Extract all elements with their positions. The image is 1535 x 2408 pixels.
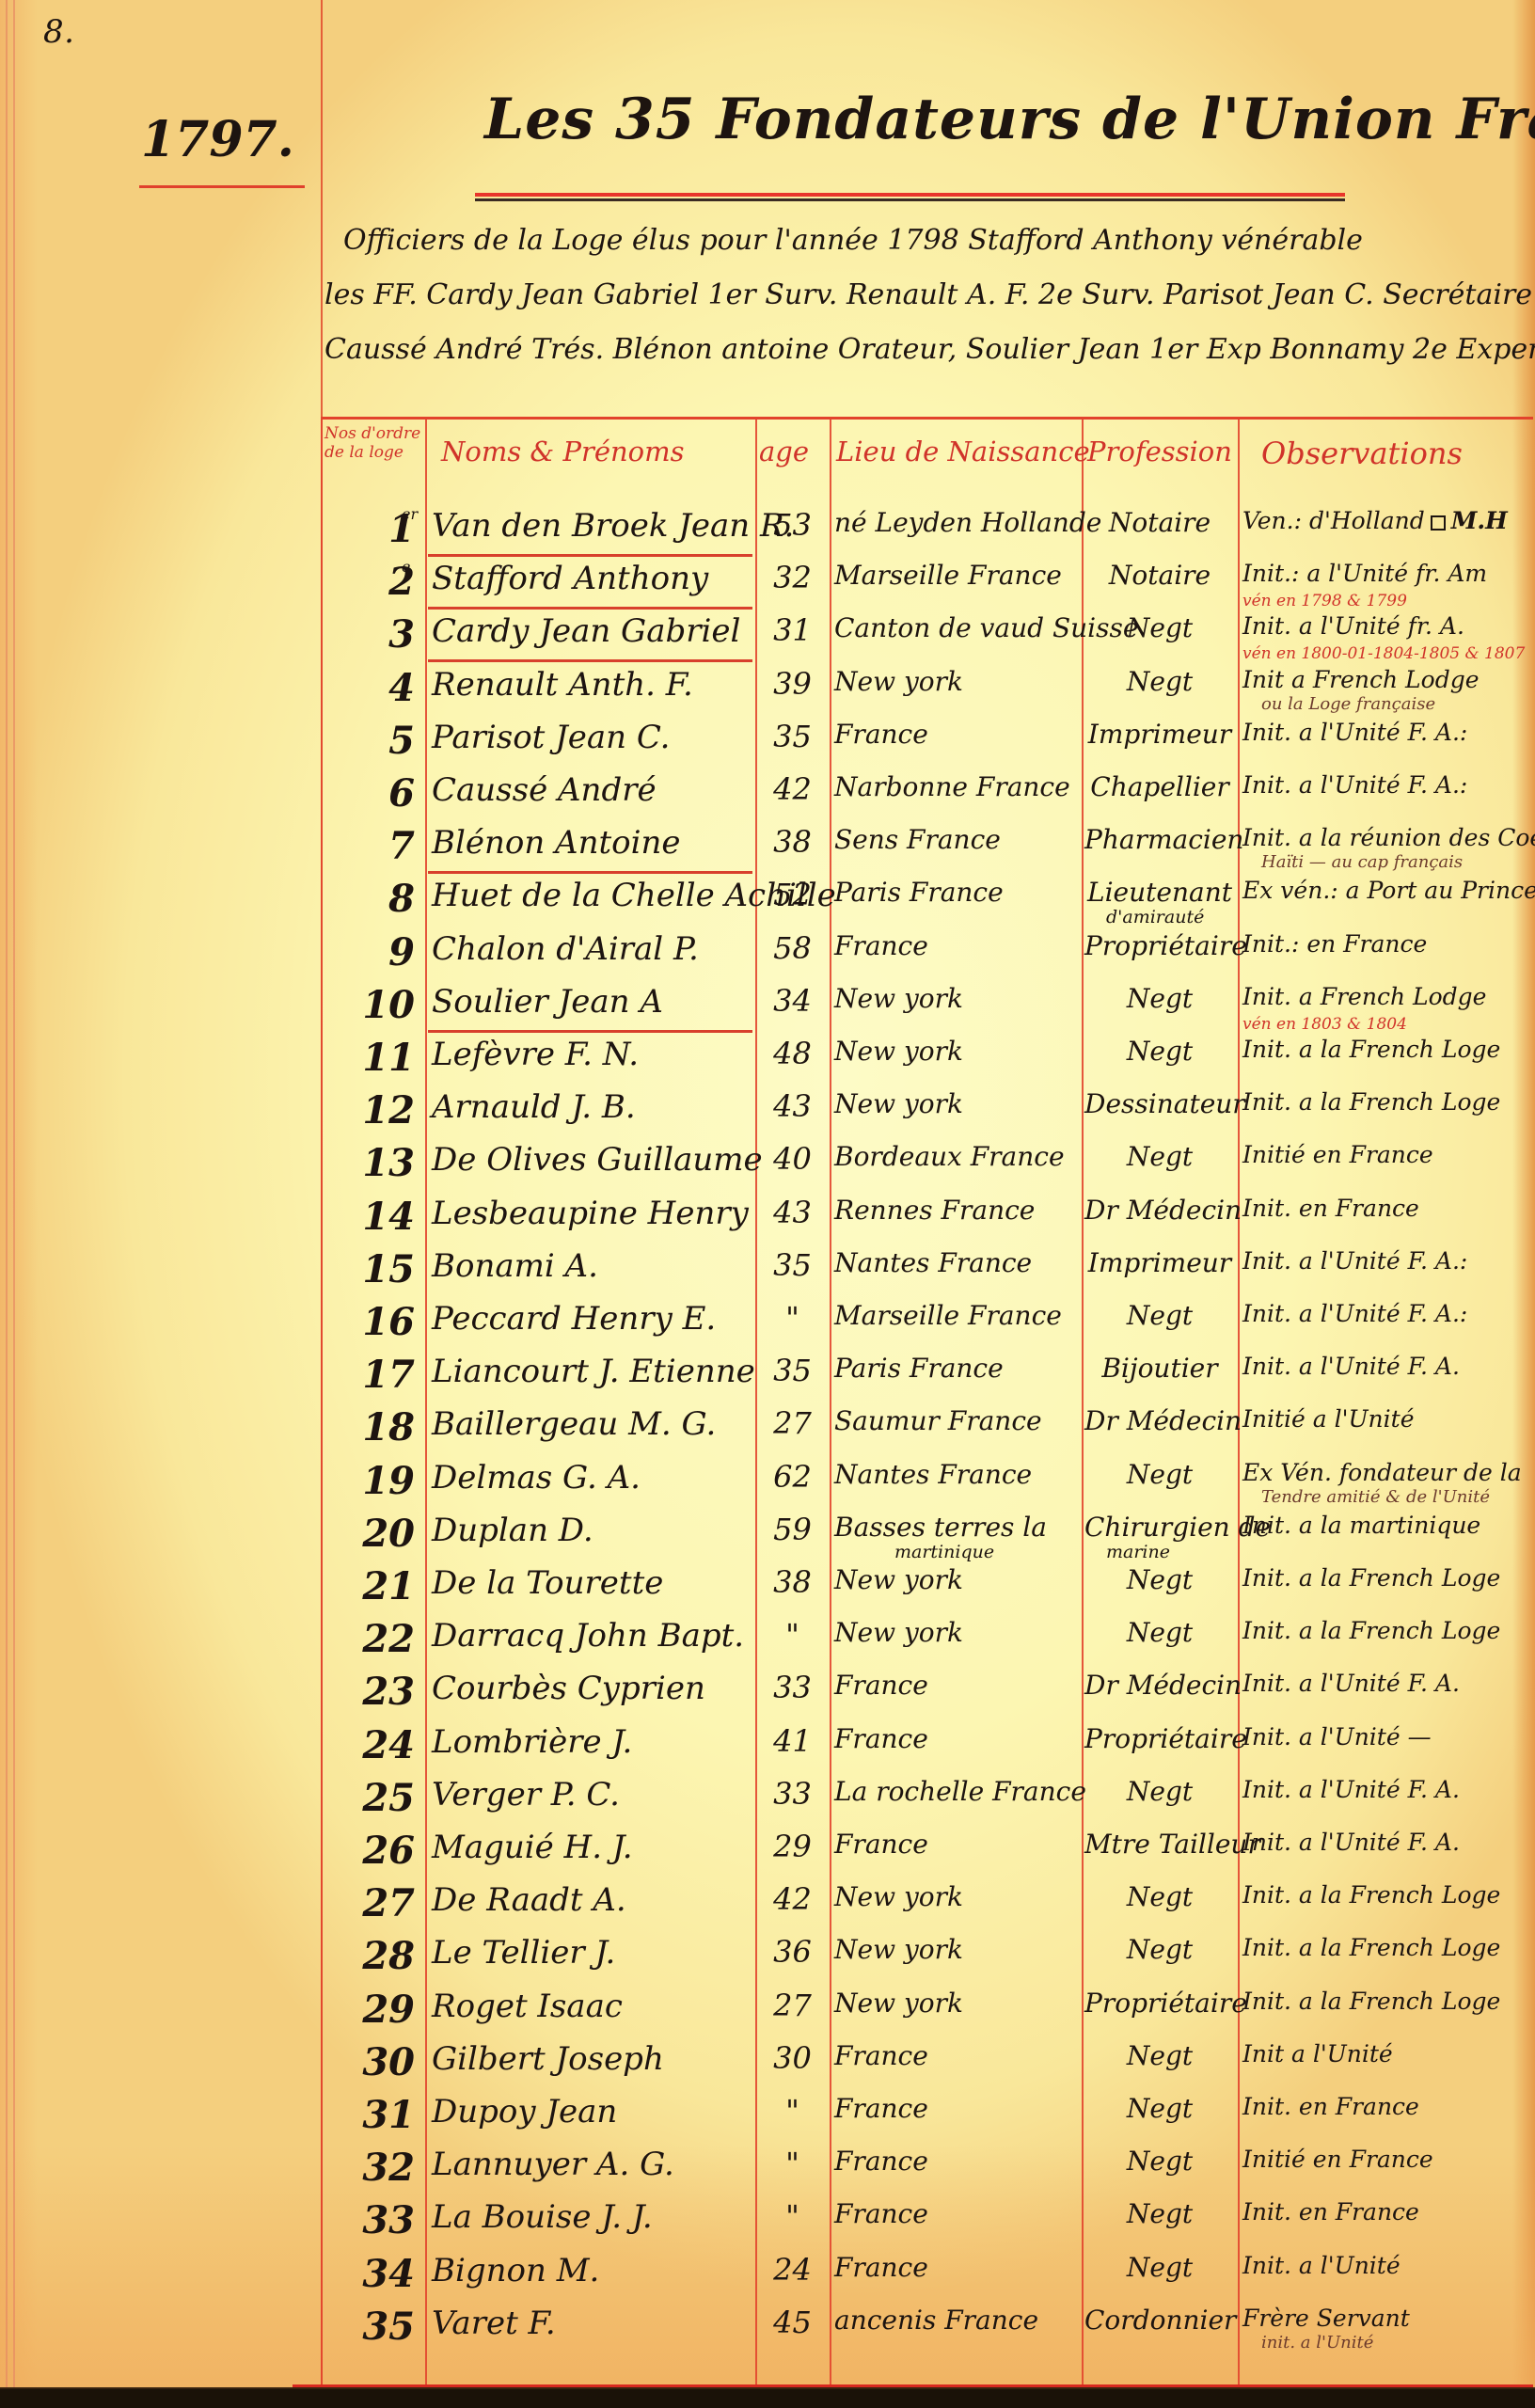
lodge-square-icon bbox=[1431, 515, 1446, 531]
row-number: 6 bbox=[321, 771, 422, 816]
row-number: 30 bbox=[321, 2040, 422, 2084]
member-name: Arnauld J. B. bbox=[432, 1088, 636, 1126]
header-lieu: Lieu de Naissance bbox=[836, 436, 1090, 467]
table-row: 33La Bouise J. J."FranceNegtInit. en Fra… bbox=[321, 2194, 1533, 2247]
table-row: 2eStafford Anthony32Marseille FranceNota… bbox=[321, 556, 1533, 609]
row-number: 20 bbox=[321, 1512, 422, 1556]
member-age: 53 bbox=[757, 507, 828, 543]
table-row: 1erVan den Broek Jean R.53né Leyden Holl… bbox=[321, 503, 1533, 556]
table-row: 28Le Tellier J.36New yorkNegtInit. a la … bbox=[321, 1930, 1533, 1983]
birthplace: Basses terres la bbox=[834, 1512, 1047, 1543]
birthplace: Nantes France bbox=[834, 1247, 1032, 1278]
birthplace: France bbox=[834, 1670, 928, 1701]
profession: Imprimeur bbox=[1084, 1247, 1235, 1278]
member-age: 36 bbox=[757, 1934, 828, 1970]
member-age: 43 bbox=[757, 1195, 828, 1230]
table-row: 35Varet F.45ancenis FranceCordonnierFrèr… bbox=[321, 2301, 1533, 2353]
member-age: 38 bbox=[757, 1564, 828, 1600]
table-row: 26Maguié H. J.29FranceMtre TailleurInit.… bbox=[321, 1825, 1533, 1877]
observation-text: Init. a l'Unité bbox=[1242, 2252, 1400, 2279]
birthplace: New york bbox=[834, 1036, 963, 1067]
birthplace: New york bbox=[834, 1881, 963, 1912]
member-name: Darracq John Bapt. bbox=[432, 1617, 744, 1655]
row-number: 12 bbox=[321, 1088, 422, 1133]
member-name: Chalon d'Airal P. bbox=[432, 930, 699, 968]
table-row: 24Lombrière J.41FrancePropriétaireInit. … bbox=[321, 1719, 1533, 1772]
observations: Initié en France bbox=[1242, 1141, 1433, 1168]
member-name: Duplan D. bbox=[432, 1512, 593, 1549]
birthplace: Rennes France bbox=[834, 1195, 1035, 1226]
member-age: 27 bbox=[757, 1405, 828, 1441]
observations: Init.: en France bbox=[1242, 930, 1427, 958]
member-name: Dupoy Jean bbox=[432, 2093, 617, 2131]
year-heading: 1797. bbox=[141, 111, 294, 168]
profession: Negt bbox=[1084, 1934, 1235, 1965]
observation-text: Ex Vén. fondateur de la bbox=[1242, 1459, 1522, 1486]
observation-sub: ou la Loge française bbox=[1261, 694, 1435, 714]
observations: Init. a l'Unité F. A.: bbox=[1242, 1247, 1467, 1275]
observations: Init. a l'Unité F. A. bbox=[1242, 1353, 1460, 1380]
member-age: 32 bbox=[757, 560, 828, 595]
member-age: 27 bbox=[757, 1988, 828, 2023]
table-row: 10Soulier Jean A34New yorkNegtInit. a Fr… bbox=[321, 979, 1533, 1032]
member-age: 52 bbox=[757, 877, 828, 912]
observation-text: Initié a l'Unité bbox=[1242, 1405, 1414, 1433]
observation-text: Init. a l'Unité F. A. bbox=[1242, 1670, 1460, 1697]
member-name: Caussé André bbox=[432, 771, 657, 809]
observations: Init. a la French Loge bbox=[1242, 1617, 1500, 1644]
member-name: Baillergeau M. G. bbox=[432, 1405, 716, 1443]
member-age: 39 bbox=[757, 666, 828, 702]
profession: Negt bbox=[1084, 1141, 1235, 1172]
header-observations: Observations bbox=[1261, 436, 1463, 471]
birthplace: Paris France bbox=[834, 877, 1004, 908]
observation-text: Init. a l'Unité F. A.: bbox=[1242, 1247, 1467, 1275]
observations: Ex vén.: a Port au Prince bbox=[1242, 877, 1535, 904]
table-row: 17Liancourt J. Etienne35Paris FranceBijo… bbox=[321, 1349, 1533, 1402]
table-row: 9Chalon d'Airal P.58FrancePropriétaireIn… bbox=[321, 927, 1533, 979]
birthplace: France bbox=[834, 2040, 928, 2071]
officers-line: Caussé André Trés. Blénon antoine Orateu… bbox=[324, 333, 1535, 366]
observations: Init. a la French Loge bbox=[1242, 1934, 1500, 1961]
member-name: Stafford Anthony bbox=[432, 560, 708, 597]
page-bottom-shadow bbox=[0, 2387, 1535, 2389]
observation-text: Initié en France bbox=[1242, 1141, 1433, 1168]
observation-sub: Tendre amitié & de l'Unité bbox=[1261, 1487, 1490, 1507]
profession: Negt bbox=[1084, 666, 1235, 697]
table-row: 31Dupoy Jean"FranceNegtInit. en France bbox=[321, 2089, 1533, 2142]
observations: Init a l'Unité bbox=[1242, 2040, 1393, 2067]
observation-text: Init a French Lodge bbox=[1242, 666, 1480, 693]
profession: Negt bbox=[1084, 983, 1235, 1014]
birthplace: France bbox=[834, 719, 928, 750]
member-age: 41 bbox=[757, 1723, 828, 1759]
row-number: 19 bbox=[321, 1459, 422, 1503]
member-age: 30 bbox=[757, 2040, 828, 2076]
observations: Init. a la French Loge bbox=[1242, 1881, 1500, 1909]
observations: Init.: a l'Unité fr. Am bbox=[1242, 560, 1487, 587]
birthplace: Nantes France bbox=[834, 1459, 1032, 1490]
member-name: Bignon M. bbox=[432, 2252, 599, 2289]
birthplace: Marseille France bbox=[834, 560, 1062, 591]
member-age: 59 bbox=[757, 1512, 828, 1547]
member-name: Bonami A. bbox=[432, 1247, 598, 1285]
member-age: 42 bbox=[757, 771, 828, 807]
officers-line: Officiers de la Loge élus pour l'année 1… bbox=[343, 224, 1363, 257]
binding-line bbox=[6, 0, 8, 2389]
observations: Init. a l'Unité bbox=[1242, 2252, 1400, 2279]
row-number: 8 bbox=[321, 877, 422, 921]
table-row: 15Bonami A.35Nantes FranceImprimeurInit.… bbox=[321, 1244, 1533, 1296]
table-row: 25Verger P. C.33La rochelle FranceNegtIn… bbox=[321, 1772, 1533, 1825]
profession: Negt bbox=[1084, 2252, 1235, 2283]
birthplace: Narbonne France bbox=[834, 771, 1070, 802]
table-top-rule bbox=[321, 417, 1533, 420]
row-number: 4 bbox=[321, 666, 422, 710]
birthplace: La rochelle France bbox=[834, 1776, 1086, 1807]
observation-text: Init. a la French Loge bbox=[1242, 1988, 1500, 2015]
observations: Init. a l'Unité F. A. bbox=[1242, 1670, 1460, 1697]
row-number: 23 bbox=[321, 1670, 422, 1714]
observation-text: Init. a l'Unité — bbox=[1242, 1723, 1432, 1751]
observations: Init. a l'Unité F. A. bbox=[1242, 1776, 1460, 1803]
profession: Propriétaire bbox=[1084, 1988, 1235, 2019]
profession: Bijoutier bbox=[1084, 1353, 1235, 1384]
row-number: 14 bbox=[321, 1195, 422, 1239]
observation-text: Init. a l'Unité F. A.: bbox=[1242, 1300, 1467, 1327]
observations: Init. a la French Loge bbox=[1242, 1036, 1500, 1063]
observation-text: Init. a la French Loge bbox=[1242, 1881, 1500, 1909]
observations: Init. a l'Unité fr. A. bbox=[1242, 612, 1464, 640]
table-row: 32Lannuyer A. G."FranceNegtInitié en Fra… bbox=[321, 2142, 1533, 2194]
birthplace: New york bbox=[834, 983, 963, 1014]
profession: Notaire bbox=[1084, 507, 1235, 538]
observations: Init. a l'Unité F. A.: bbox=[1242, 1300, 1467, 1327]
profession: Chapellier bbox=[1084, 771, 1235, 802]
observation-text: Init. a l'Unité F. A. bbox=[1242, 1829, 1460, 1856]
member-name: Lannuyer A. G. bbox=[432, 2146, 674, 2183]
birthplace: Saumur France bbox=[834, 1405, 1042, 1436]
observations: Init. a la réunion des Coeurs bbox=[1242, 824, 1535, 851]
profession: Negt bbox=[1084, 1881, 1235, 1912]
venerable-years-note: vén en 1800-01-1804-1805 & 1807 bbox=[1242, 644, 1525, 663]
table-row: 3Cardy Jean Gabriel31Canton de vaud Suis… bbox=[321, 609, 1533, 661]
observation-text: Init. en France bbox=[1242, 2198, 1419, 2226]
member-age: 31 bbox=[757, 612, 828, 648]
birthplace: France bbox=[834, 2146, 928, 2177]
observation-text: Init. a la French Loge bbox=[1242, 1617, 1500, 1644]
observation-text: Init. a la French Loge bbox=[1242, 1088, 1500, 1116]
observation-text: Init.: a l'Unité fr. Am bbox=[1242, 560, 1487, 587]
member-age: 33 bbox=[757, 1776, 828, 1812]
binding-line bbox=[13, 0, 15, 2389]
member-name: De Olives Guillaume bbox=[432, 1141, 763, 1179]
birthplace: ancenis France bbox=[834, 2305, 1038, 2336]
observation-text: Init. a l'Unité fr. A. bbox=[1242, 612, 1464, 640]
row-number: 22 bbox=[321, 1617, 422, 1661]
row-number: 28 bbox=[321, 1934, 422, 1978]
row-number: 5 bbox=[321, 719, 422, 763]
observations: Init. a l'Unité F. A.: bbox=[1242, 771, 1467, 799]
member-name: Cardy Jean Gabriel bbox=[432, 612, 740, 650]
table-row: 34Bignon M.24FranceNegtInit. a l'Unité bbox=[321, 2248, 1533, 2301]
observation-text: Init. a la réunion des Coeurs bbox=[1242, 824, 1535, 851]
member-age: " bbox=[757, 1617, 828, 1653]
member-age: " bbox=[757, 2093, 828, 2129]
member-name: Verger P. C. bbox=[432, 1776, 620, 1814]
observation-sub: Haïti — au cap français bbox=[1261, 852, 1463, 872]
row-number-suffix: er bbox=[402, 505, 418, 523]
member-name: Le Tellier J. bbox=[432, 1934, 615, 1972]
member-name: Parisot Jean C. bbox=[432, 719, 670, 756]
table-row: 18Baillergeau M. G.27Saumur FranceDr Méd… bbox=[321, 1402, 1533, 1454]
profession: Negt bbox=[1084, 2040, 1235, 2071]
title-rule bbox=[475, 193, 1345, 197]
member-name: Lefèvre F. N. bbox=[432, 1036, 639, 1073]
member-name: De Raadt A. bbox=[432, 1881, 626, 1919]
page-title: Les 35 Fondateurs de l'Union Française bbox=[484, 87, 1359, 152]
member-age: 35 bbox=[757, 719, 828, 754]
row-number-suffix: e bbox=[402, 558, 410, 576]
profession: Negt bbox=[1084, 1459, 1235, 1490]
birthplace: France bbox=[834, 1723, 928, 1754]
observations: Ven.: d'HollandM.H bbox=[1242, 507, 1508, 534]
member-age: " bbox=[757, 2146, 828, 2181]
observations: Initié a l'Unité bbox=[1242, 1405, 1414, 1433]
profession: Negt bbox=[1084, 612, 1235, 643]
observation-text: Init. en France bbox=[1242, 2093, 1419, 2120]
member-name: Gilbert Joseph bbox=[432, 2040, 664, 2078]
birthplace: Paris France bbox=[834, 1353, 1004, 1384]
profession: Negt bbox=[1084, 1776, 1235, 1807]
table-row: 6Caussé André42Narbonne FranceChapellier… bbox=[321, 768, 1533, 820]
member-age: 24 bbox=[757, 2252, 828, 2288]
birthplace: France bbox=[834, 2198, 928, 2229]
profession: Negt bbox=[1084, 1564, 1235, 1595]
profession: Dr Médecin bbox=[1084, 1405, 1235, 1436]
member-name: Lesbeaupine Henry bbox=[432, 1195, 749, 1232]
profession: Cordonnier bbox=[1084, 2305, 1235, 2336]
observation-text: Frère Servant bbox=[1242, 2305, 1410, 2332]
row-number: 21 bbox=[321, 1564, 422, 1608]
observations: Init. a l'Unité — bbox=[1242, 1723, 1432, 1751]
profession: Imprimeur bbox=[1084, 719, 1235, 750]
member-name: Delmas G. A. bbox=[432, 1459, 641, 1497]
profession: Negt bbox=[1084, 1036, 1235, 1067]
member-name: Peccard Henry E. bbox=[432, 1300, 716, 1338]
profession: Pharmacien bbox=[1084, 824, 1235, 855]
birthplace: New york bbox=[834, 1934, 963, 1965]
table-row: 27De Raadt A.42New yorkNegtInit. a la Fr… bbox=[321, 1877, 1533, 1930]
table-row: 23Courbès Cyprien33FranceDr MédecinInit.… bbox=[321, 1666, 1533, 1719]
member-age: " bbox=[757, 1300, 828, 1336]
member-age: 62 bbox=[757, 1459, 828, 1495]
observation-text: Ex vén.: a Port au Prince bbox=[1242, 877, 1535, 904]
observation-text: Init a l'Unité bbox=[1242, 2040, 1393, 2067]
observations: Init. a French Lodge bbox=[1242, 983, 1486, 1010]
member-age: 38 bbox=[757, 824, 828, 860]
observations: Ex Vén. fondateur de la bbox=[1242, 1459, 1522, 1486]
table-row: 5Parisot Jean C.35FranceImprimeurInit. a… bbox=[321, 715, 1533, 768]
observation-text: Init. a la French Loge bbox=[1242, 1036, 1500, 1063]
row-number: 9 bbox=[321, 930, 422, 974]
observations: Init. en France bbox=[1242, 2093, 1419, 2120]
row-number: 27 bbox=[321, 1881, 422, 1925]
row-number: 3 bbox=[321, 612, 422, 657]
observation-text: Init. a la French Loge bbox=[1242, 1934, 1500, 1961]
member-age: 48 bbox=[757, 1036, 828, 1071]
birthplace: France bbox=[834, 930, 928, 961]
table-row: 22Darracq John Bapt."New yorkNegtInit. a… bbox=[321, 1613, 1533, 1666]
table-row: 12Arnauld J. B.43New yorkDessinateurInit… bbox=[321, 1085, 1533, 1137]
table-row: 29Roget Isaac27New yorkPropriétaireInit.… bbox=[321, 1984, 1533, 2036]
observation-text: Init. a l'Unité F. A. bbox=[1242, 1776, 1460, 1803]
row-number: 16 bbox=[321, 1300, 422, 1344]
observations: Init. a l'Unité F. A. bbox=[1242, 1829, 1460, 1856]
birthplace: New york bbox=[834, 1564, 963, 1595]
header-name: Noms & Prénoms bbox=[441, 436, 685, 467]
member-age: 34 bbox=[757, 983, 828, 1019]
row-number: 7 bbox=[321, 824, 422, 868]
row-number: 26 bbox=[321, 1829, 422, 1873]
observation-text: Init. a l'Unité F. A.: bbox=[1242, 771, 1467, 799]
profession: Mtre Tailleur bbox=[1084, 1829, 1235, 1860]
observations: Init. a la martinique bbox=[1242, 1512, 1480, 1539]
member-name: Varet F. bbox=[432, 2305, 556, 2342]
observation-text: Init. a l'Unité F. A.: bbox=[1242, 719, 1467, 746]
member-age: 40 bbox=[757, 1141, 828, 1177]
observation-text: Init. a la French Loge bbox=[1242, 1564, 1500, 1592]
observation-text: Init. en France bbox=[1242, 1195, 1419, 1222]
year-underline bbox=[139, 185, 305, 188]
member-age: " bbox=[757, 2198, 828, 2234]
profession: Dessinateur bbox=[1084, 1088, 1235, 1119]
member-age: 29 bbox=[757, 1829, 828, 1864]
header-age: age bbox=[759, 436, 809, 467]
row-number: 31 bbox=[321, 2093, 422, 2137]
observations: Init. en France bbox=[1242, 1195, 1419, 1222]
observations: Init. a la French Loge bbox=[1242, 1088, 1500, 1116]
row-number: 34 bbox=[321, 2252, 422, 2296]
observation-sub: init. a l'Unité bbox=[1261, 2333, 1373, 2353]
row-number: 15 bbox=[321, 1247, 422, 1291]
member-age: 33 bbox=[757, 1670, 828, 1705]
row-number: 13 bbox=[321, 1141, 422, 1185]
profession: Propriétaire bbox=[1084, 1723, 1235, 1754]
observations: Init a French Lodge bbox=[1242, 666, 1480, 693]
profession: Negt bbox=[1084, 2093, 1235, 2124]
member-name: La Bouise J. J. bbox=[432, 2198, 653, 2236]
member-name: Lombrière J. bbox=[432, 1723, 632, 1761]
header-no: Nos d'ordre de la loge bbox=[324, 424, 424, 462]
member-age: 42 bbox=[757, 1881, 828, 1917]
birthplace: Sens France bbox=[834, 824, 1001, 855]
profession: Negt bbox=[1084, 2146, 1235, 2177]
observations: Init. a l'Unité F. A.: bbox=[1242, 719, 1467, 746]
member-name: Soulier Jean A bbox=[432, 983, 663, 1021]
observation-text: Ven.: d'Holland bbox=[1242, 507, 1425, 534]
member-name: Courbès Cyprien bbox=[432, 1670, 705, 1707]
table-row: 7Blénon Antoine38Sens FrancePharmacienIn… bbox=[321, 820, 1533, 873]
observations: Initié en France bbox=[1242, 2146, 1433, 2173]
venerable-years-note: vén en 1798 & 1799 bbox=[1242, 592, 1407, 610]
profession: Lieutenant bbox=[1084, 877, 1235, 908]
member-name: Maguié H. J. bbox=[432, 1829, 633, 1866]
member-age: 58 bbox=[757, 930, 828, 966]
profession: Negt bbox=[1084, 1300, 1235, 1331]
page-number: 8. bbox=[43, 13, 74, 51]
profession-sub: marine bbox=[1106, 1542, 1170, 1562]
member-name: Blénon Antoine bbox=[432, 824, 681, 862]
member-name: De la Tourette bbox=[432, 1564, 663, 1602]
mark-text: M.H bbox=[1451, 507, 1508, 534]
officers-line: les FF. Cardy Jean Gabriel 1er Surv. Ren… bbox=[324, 278, 1532, 311]
birthplace-sub: martinique bbox=[894, 1542, 994, 1562]
title-rule bbox=[475, 198, 1345, 201]
observation-text: Init.: en France bbox=[1242, 930, 1427, 958]
table-row: 30Gilbert Joseph30FranceNegtInit a l'Uni… bbox=[321, 2036, 1533, 2089]
row-number: 18 bbox=[321, 1405, 422, 1450]
table-row: 11Lefèvre F. N.48New yorkNegtInit. a la … bbox=[321, 1032, 1533, 1085]
observations: Init. a la French Loge bbox=[1242, 1988, 1500, 2015]
profession: Propriétaire bbox=[1084, 930, 1235, 961]
row-number: 32 bbox=[321, 2146, 422, 2190]
birthplace: France bbox=[834, 1829, 928, 1860]
observations: Frère Servant bbox=[1242, 2305, 1410, 2332]
profession: Dr Médecin bbox=[1084, 1195, 1235, 1226]
table-row: 16Peccard Henry E."Marseille FranceNegtI… bbox=[321, 1296, 1533, 1349]
table-row: 4Renault Anth. F.39New yorkNegtInit a Fr… bbox=[321, 662, 1533, 715]
profession: Notaire bbox=[1084, 560, 1235, 591]
row-number: 24 bbox=[321, 1723, 422, 1767]
observation-text: Init. a l'Unité F. A. bbox=[1242, 1353, 1460, 1380]
observation-text: Initié en France bbox=[1242, 2146, 1433, 2173]
profession: Chirurgien de bbox=[1084, 1512, 1235, 1543]
observation-text: Init. a la martinique bbox=[1242, 1512, 1480, 1539]
venerable-years-note: vén en 1803 & 1804 bbox=[1242, 1015, 1407, 1034]
member-name: Van den Broek Jean R. bbox=[432, 507, 794, 545]
founders-table: Nos d'ordre de la loge Noms & Prénoms ag… bbox=[321, 417, 1533, 2387]
member-age: 35 bbox=[757, 1353, 828, 1388]
observations: Init. a la French Loge bbox=[1242, 1564, 1500, 1592]
table-row: 19Delmas G. A.62Nantes FranceNegtEx Vén.… bbox=[321, 1455, 1533, 1508]
profession: Dr Médecin bbox=[1084, 1670, 1235, 1701]
row-number: 33 bbox=[321, 2198, 422, 2242]
birthplace: né Leyden Hollande bbox=[834, 507, 1101, 538]
profession-sub: d'amirauté bbox=[1106, 907, 1204, 927]
profession: Negt bbox=[1084, 1617, 1235, 1648]
birthplace: New york bbox=[834, 1988, 963, 2019]
table-row: 14Lesbeaupine Henry43Rennes FranceDr Méd… bbox=[321, 1191, 1533, 1244]
observations: Init. en France bbox=[1242, 2198, 1419, 2226]
member-name: Liancourt J. Etienne bbox=[432, 1353, 755, 1390]
birthplace: New york bbox=[834, 1088, 963, 1119]
row-number: 17 bbox=[321, 1353, 422, 1397]
row-number: 10 bbox=[321, 983, 422, 1027]
table-row: 20Duplan D.59Basses terres lamartiniqueC… bbox=[321, 1508, 1533, 1560]
member-name: Renault Anth. F. bbox=[432, 666, 693, 704]
table-row: 21De la Tourette38New yorkNegtInit. a la… bbox=[321, 1560, 1533, 1613]
row-number: 11 bbox=[321, 1036, 422, 1080]
member-age: 35 bbox=[757, 1247, 828, 1283]
member-age: 43 bbox=[757, 1088, 828, 1124]
table-row: 8Huet de la Chelle Achille52Paris France… bbox=[321, 873, 1533, 926]
row-number: 29 bbox=[321, 1988, 422, 2032]
birthplace: Bordeaux France bbox=[834, 1141, 1065, 1172]
table-row: 13De Olives Guillaume40Bordeaux FranceNe… bbox=[321, 1137, 1533, 1190]
birthplace: France bbox=[834, 2093, 928, 2124]
profession: Negt bbox=[1084, 2198, 1235, 2229]
